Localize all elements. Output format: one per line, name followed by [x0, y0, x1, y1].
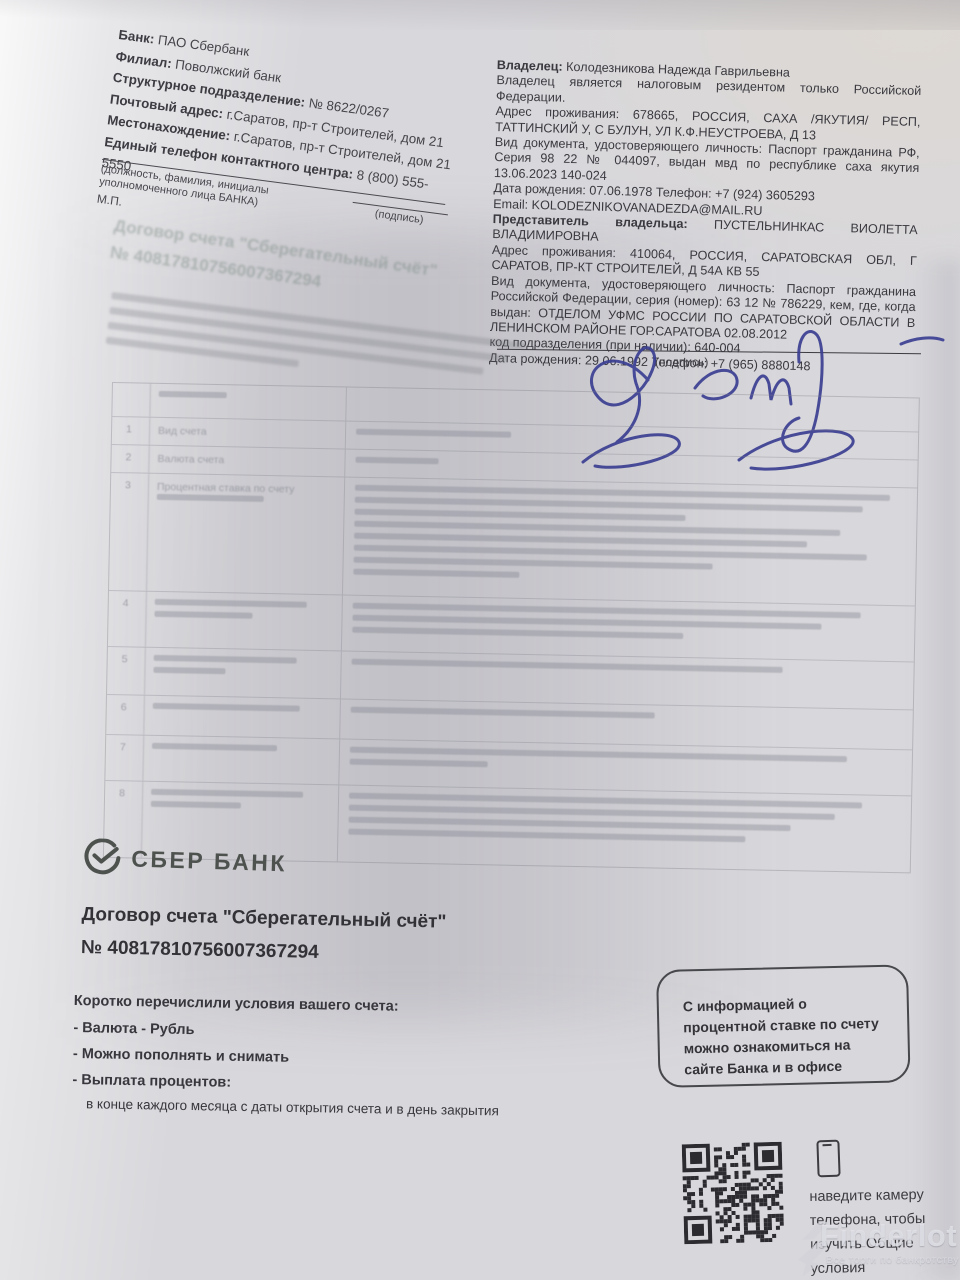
document-photo: Банк: ПАО Сбербанк Филиал: Поволжский ба… — [0, 0, 960, 1280]
conditions-heading: Коротко перечислили условия вашего счета… — [74, 993, 501, 1016]
qr-code — [682, 1142, 785, 1245]
contract-title: Договор счета "Сберегательный счёт" № 40… — [81, 898, 447, 972]
condition-bullet: - Можно пополнять и снимать — [73, 1046, 500, 1069]
qr-caption-line: наведите камеру — [809, 1183, 925, 1209]
condition-bullet: - Валюта - Рубль — [73, 1020, 500, 1043]
watermark-tagline: Все торги по банкротству — [826, 1254, 959, 1266]
faint-table: 1Вид счета2Валюта счета3Процентная ставк… — [103, 382, 920, 873]
rate-info-box: С информацией опроцентной ставке по счет… — [656, 964, 911, 1088]
watermark: Finderlot Все торги по банкротству — [780, 1218, 960, 1280]
sber-brand-name: СБЕР БАНК — [131, 845, 287, 877]
conditions-note: в конце каждого месяца с даты открытия с… — [86, 1096, 499, 1118]
phone-icon — [816, 1140, 840, 1178]
faint-table-row: 3Процентная ставка по счету — [109, 473, 917, 606]
page-top-edge — [0, 0, 960, 30]
sber-logo-icon — [83, 838, 122, 877]
sber-brand: СБЕР БАНК — [83, 838, 288, 882]
owner-paragraph-lead: Владелец: — [497, 58, 563, 74]
conditions-bullets: - Валюта - Рубль- Можно пополнять и сним… — [72, 1020, 500, 1095]
rate-info-line: сайте Банка и в офисе — [684, 1054, 908, 1080]
condition-bullet: - Выплата процентов: — [72, 1072, 499, 1095]
watermark-brand: Finderlot — [820, 1218, 957, 1254]
conditions-summary: Коротко перечислили условия вашего счета… — [72, 993, 501, 1118]
